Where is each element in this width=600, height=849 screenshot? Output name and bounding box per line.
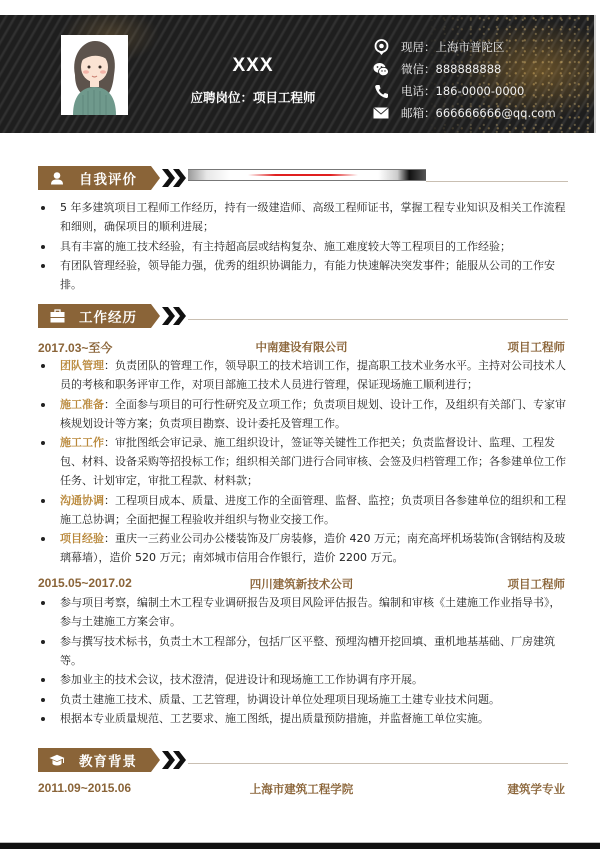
job-duties-list: 团队管理：负责团队的管理工作，领导职工的技术培训工作，提高职工技术业务水平。主持… [38, 356, 568, 568]
contact-email: 邮箱：666666666@qq.com [372, 103, 556, 123]
section-header-work: 工作经历 [38, 304, 568, 328]
education-school: 上海市建筑工程学院 [38, 781, 565, 797]
chevron-arrows-icon [160, 750, 188, 770]
chevron-arrows-icon [160, 306, 188, 326]
duty-keyword: 施工工作 [60, 436, 104, 449]
job-company: 中南建设有限公司 [38, 339, 565, 355]
job-header: 2015.05~2017.02 四川建筑新技术公司 项目工程师 [38, 576, 565, 594]
avatar [61, 35, 128, 115]
decorative-bar [188, 169, 426, 181]
job-company: 四川建筑新技术公司 [38, 576, 565, 592]
job-role: 项目工程师 [508, 339, 566, 355]
education-major: 建筑学专业 [508, 781, 566, 797]
list-item: 有团队管理经验，领导能力强，优秀的组织协调能力，有能力快速解决突发事件；能服从公… [38, 256, 568, 294]
list-item: 施工工作：审批图纸会审记录、施工组织设计，签证等关键性工作把关；负责监督设计、监… [38, 433, 568, 490]
mail-icon [372, 105, 390, 121]
section-divider [188, 763, 568, 764]
duty-keyword: 团队管理 [60, 359, 104, 372]
list-item: 根据本专业质量规范、工艺要求、施工图纸，提出质量预防措施，并监督施工单位实施。 [38, 709, 568, 728]
footer-bar [0, 842, 600, 849]
duty-keyword: 沟通协调 [60, 494, 104, 507]
section-tab: 教育背景 [38, 748, 160, 772]
avatar-illustration [61, 35, 128, 115]
self-eval-list: 5 年多建筑项目工程师工作经历，持有一级建造师、高级工程师证书，掌握工程专业知识… [38, 198, 568, 295]
job-duties-list: 参与项目考察，编制土木工程专业调研报告及项目风险评估报告。编制和审核《土建施工作… [38, 593, 568, 729]
contact-location: 现居：上海市普陀区 [372, 37, 556, 57]
job-role: 项目工程师 [508, 576, 566, 592]
applied-position: 应聘岗位：项目工程师 [186, 88, 320, 106]
chevron-arrows-icon [160, 168, 188, 188]
user-icon [49, 170, 65, 186]
list-item: 负责土建施工技术、质量、工艺管理，协调设计单位处理项目现场施工土建专业技术问题。 [38, 690, 568, 709]
phone-icon [372, 83, 390, 99]
briefcase-icon [49, 308, 65, 324]
list-item: 参与项目考察，编制土木工程专业调研报告及项目风险评估报告。编制和审核《土建施工作… [38, 593, 568, 631]
section-divider [426, 181, 568, 182]
candidate-name: XXX [190, 55, 316, 77]
list-item: 参加业主的技术会议，技术澄清，促进设计和现场施工工作协调有序开展。 [38, 670, 568, 689]
section-tab: 工作经历 [38, 304, 160, 328]
duty-keyword: 项目经验 [60, 532, 104, 545]
section-tab: 自我评价 [38, 166, 160, 190]
education-row: 2011.09~2015.06 上海市建筑工程学院 建筑学专业 [38, 781, 565, 799]
list-item: 沟通协调：工程项目成本、质量、进度工作的全面管理、监督、监控；负责项目各参建单位… [38, 491, 568, 529]
list-item: 团队管理：负责团队的管理工作，领导职工的技术培训工作，提高职工技术业务水平。主持… [38, 356, 568, 394]
contact-list: 现居：上海市普陀区 微信：888888888 电话：186-0000-0000 … [372, 37, 556, 125]
list-item: 施工准备：全面参与项目的可行性研究及立项工作；负责项目规划、设计工作，及组织有关… [38, 395, 568, 433]
location-icon [372, 39, 390, 55]
list-item: 参与撰写技术标书，负责土木工程部分，包括厂区平整、预埋沟槽开挖回填、重机地基基础… [38, 632, 568, 670]
job-header: 2017.03~至今 中南建设有限公司 项目工程师 [38, 339, 565, 357]
section-header-self-eval: 自我评价 [38, 166, 568, 190]
list-item: 项目经验：重庆一三药业公司办公楼装饰及厂房装修，造价 420 万元；南充高坪机场… [38, 529, 568, 567]
contact-wechat: 微信：888888888 [372, 59, 556, 79]
list-item: 具有丰富的施工技术经验，有主持超高层或结构复杂、施工难度较大等工程项目的工作经验… [38, 237, 568, 256]
list-item: 5 年多建筑项目工程师工作经历，持有一级建造师、高级工程师证书，掌握工程专业知识… [38, 198, 568, 236]
resume-header: XXX 应聘岗位：项目工程师 现居：上海市普陀区 微信：888888888 电话… [0, 15, 596, 133]
contact-phone: 电话：186-0000-0000 [372, 81, 556, 101]
wechat-icon [372, 61, 390, 77]
duty-keyword: 施工准备 [60, 398, 104, 411]
section-header-education: 教育背景 [38, 748, 568, 772]
graduation-cap-icon [49, 752, 65, 768]
section-divider [188, 319, 568, 320]
